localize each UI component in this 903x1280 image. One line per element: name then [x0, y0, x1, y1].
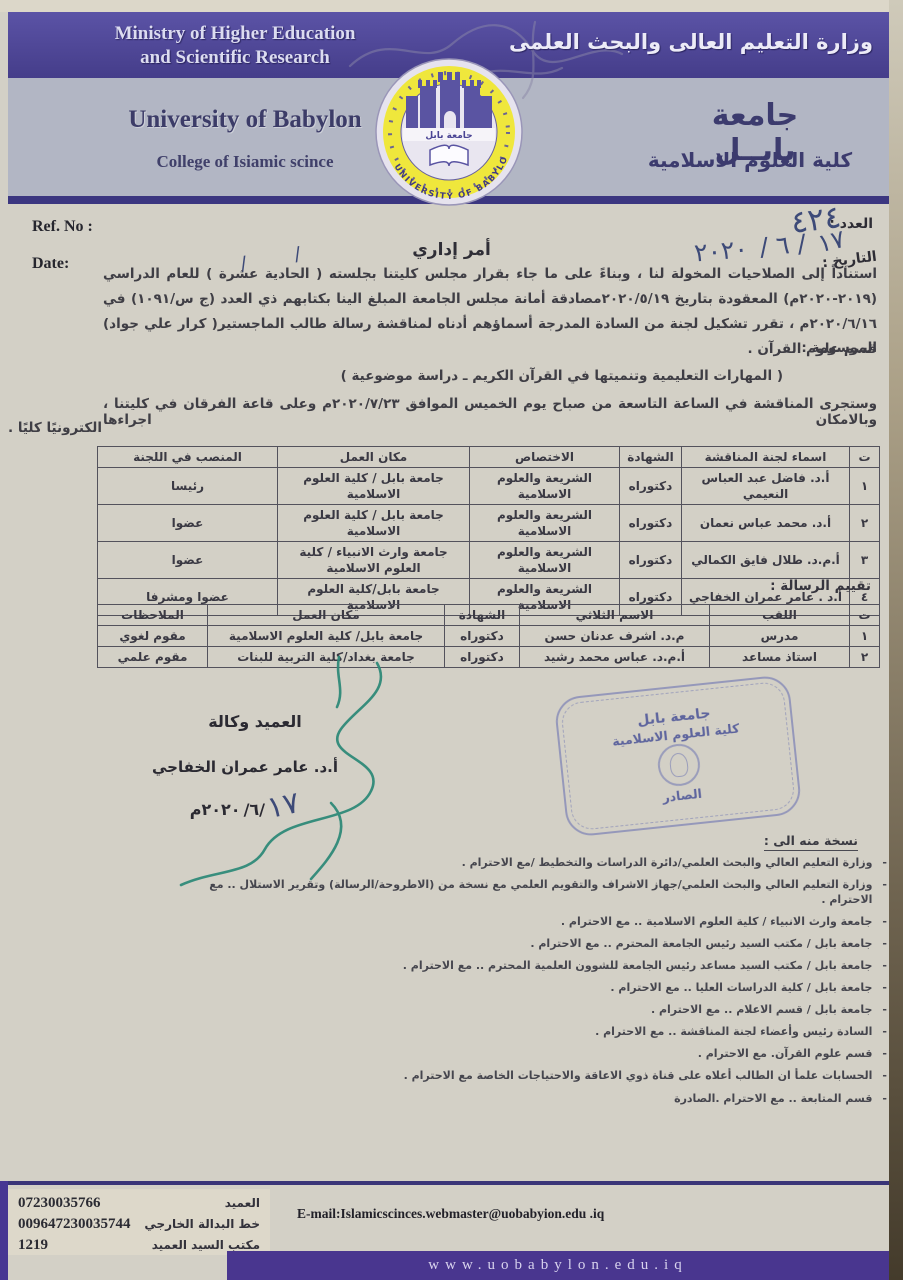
- dash-bullet: -: [882, 878, 887, 907]
- thesis-intro-label: الموسومة :: [801, 340, 877, 356]
- list-item-text: وزارة التعليم العالي والبحث العلمي/دائرة…: [462, 856, 873, 871]
- table-cell: الشريعة والعلوم الاسلامية: [470, 505, 620, 542]
- phone-number: 07230035766: [18, 1193, 131, 1214]
- phone-label: العميد: [144, 1193, 260, 1214]
- table-cell: ٣: [850, 542, 880, 579]
- table-cell: جامعة بابل / كلية العلوم الاسلامية: [278, 468, 470, 505]
- copies-section-label: نسخة منه الى :: [764, 833, 858, 851]
- table-header-cell: الشهادة: [620, 447, 682, 468]
- seal-center-text: جامعة بابل: [425, 131, 472, 141]
- list-item-text: جامعة بابل / كلية الدراسات العليا .. مع …: [610, 981, 872, 996]
- list-item: -جامعة وارث الانبياء / كلية العلوم الاسل…: [167, 915, 887, 930]
- ministry-name-arabic: وزارة التعليم العالى والبحث العلمى: [509, 30, 873, 54]
- table-cell: دكتوراه: [620, 505, 682, 542]
- table-cell: عضوا: [98, 505, 278, 542]
- list-item-text: الحسابات علمأ ان الطالب أعلاه على قناة ذ…: [404, 1069, 873, 1084]
- table-cell: ٢: [850, 505, 880, 542]
- table-header-cell: المنصب في اللجنة: [98, 447, 278, 468]
- table-cell: دكتوراه: [445, 647, 520, 668]
- list-item-text: السادة رئيس وأعضاء لجنة المناقشة .. مع ا…: [595, 1025, 872, 1040]
- table-header-row: ت اسماء لجنة المناقشة الشهادة الاختصاص م…: [98, 447, 880, 468]
- table-cell: جامعة وارث الانبياء / كلية العلوم الاسلا…: [278, 542, 470, 579]
- list-item: -قسم المتابعة .. مع الاحترام .الصادرة: [167, 1092, 887, 1107]
- list-item-text: قسم المتابعة .. مع الاحترام .الصادرة: [674, 1092, 872, 1107]
- university-name-english: University of Babylon: [85, 106, 405, 134]
- phone-label: خط البدالة الخارجي: [144, 1214, 260, 1235]
- phone-labels: العميد خط البدالة الخارجي مكتب السيد الع…: [144, 1193, 260, 1251]
- list-item-text: وزارة التعليم العالي والبحث العلمي/جهاز …: [167, 878, 872, 907]
- phone-numbers: 07230035766 009647230035744 1219: [18, 1193, 131, 1251]
- list-item-text: قسم علوم القرآن. مع الاحترام .: [698, 1047, 873, 1062]
- list-item-text: جامعة بابل / قسم الاعلام .. مع الاحترام …: [651, 1003, 872, 1018]
- committee-table: ت اسماء لجنة المناقشة الشهادة الاختصاص م…: [97, 446, 880, 616]
- table-row: ٣ أ.م.د. طلال فايق الكمالي دكتوراه الشري…: [98, 542, 880, 579]
- table-header-cell: ت: [850, 605, 880, 626]
- table-cell: جامعة بابل / كلية العلوم الاسلامية: [278, 505, 470, 542]
- body-paragraph-2-line1: وستجرى المناقشة في الساعة التاسعة من صبا…: [103, 396, 877, 428]
- table-cell: الشريعة والعلوم الاسلامية: [470, 542, 620, 579]
- table-header-cell: اسماء لجنة المناقشة: [682, 447, 850, 468]
- phone-number: 1219: [18, 1235, 131, 1256]
- stamp-emblem-icon: [656, 742, 702, 788]
- table-row: ١ أ.د. فاضل عبد العباس النعيمي دكتوراه ا…: [98, 468, 880, 505]
- evaluation-section-label: تقييم الرسالة :: [770, 578, 871, 594]
- body-paragraph-2-line2: الكترونيًا كليًا .: [8, 420, 102, 436]
- list-item: -جامعة بابل / مكتب السيد رئيس الجامعة ال…: [167, 937, 887, 952]
- website-band: www.uobabylon.edu.iq: [227, 1251, 889, 1280]
- photo-right-edge: [889, 0, 903, 1280]
- table-header-row: ت اللقب الاسم الثلاثي الشهادة مكان العمل…: [98, 605, 880, 626]
- table-cell: ١: [850, 626, 880, 647]
- table-cell: دكتوراه: [445, 626, 520, 647]
- footer-divider: [0, 1181, 889, 1185]
- table-cell: أ.د. محمد عباس نعمان: [682, 505, 850, 542]
- dash-bullet: -: [882, 1069, 887, 1084]
- dash-bullet: -: [882, 915, 887, 930]
- phone-number: 009647230035744: [18, 1214, 131, 1235]
- dash-bullet: -: [882, 1047, 887, 1062]
- thesis-title: ( المهارات التعليمية وتنميتها في القرآن …: [341, 368, 783, 384]
- document-title: أمر إداري: [0, 240, 903, 260]
- table-cell: م.د. اشرف عدنان حسن: [520, 626, 710, 647]
- phone-contact-box: 07230035766 009647230035744 1219 العميد …: [8, 1189, 270, 1255]
- stamp-college-text: كلية العلوم الاسلامية: [611, 720, 740, 748]
- table-header-cell: الملاحظات: [98, 605, 208, 626]
- list-item: -جامعة بابل / كلية الدراسات العليا .. مع…: [167, 981, 887, 996]
- email-address: E-mail:Islamicscinces.webmaster@uobabyio…: [297, 1206, 604, 1222]
- table-cell: جامعة بابل/ كلية العلوم الاسلامية: [208, 626, 445, 647]
- table-cell: استاذ مساعد: [710, 647, 850, 668]
- ministry-name-english: Ministry of Higher Education and Scienti…: [60, 22, 410, 70]
- dash-bullet: -: [882, 937, 887, 952]
- body-paragraph-1: استناداً إلى الصلاحيات المخولة لنا ، وبن…: [103, 262, 877, 362]
- table-cell: مدرس: [710, 626, 850, 647]
- table-cell: أ.م.د. طلال فايق الكمالي: [682, 542, 850, 579]
- list-item: -وزارة التعليم العالي والبحث العلمي/جهاز…: [167, 878, 887, 907]
- list-item: -جامعة بابل / قسم الاعلام .. مع الاحترام…: [167, 1003, 887, 1018]
- table-cell: ١: [850, 468, 880, 505]
- ref-no-label: Ref. No :: [32, 218, 93, 236]
- dash-bullet: -: [882, 1092, 887, 1107]
- table-header-cell: مكان العمل: [278, 447, 470, 468]
- table-header-cell: اللقب: [710, 605, 850, 626]
- stamp-outgoing-text: الصادر: [662, 786, 703, 805]
- table-row: ١ مدرس م.د. اشرف عدنان حسن دكتوراه جامعة…: [98, 626, 880, 647]
- list-item: -الحسابات علمأ ان الطالب أعلاه على قناة …: [167, 1069, 887, 1084]
- table-cell: رئيسا: [98, 468, 278, 505]
- table-header-cell: مكان العمل: [208, 605, 445, 626]
- outgoing-mail-stamp: جامعة بابل كلية العلوم الاسلامية الصادر: [553, 674, 802, 838]
- copies-list: -وزارة التعليم العالي والبحث العلمي/دائر…: [167, 856, 887, 1114]
- table-cell: أ.م.د. عباس محمد رشيد: [520, 647, 710, 668]
- college-name-english: College of Isiamic scince: [110, 152, 380, 172]
- table-header-cell: الشهادة: [445, 605, 520, 626]
- list-item-text: جامعة وارث الانبياء / كلية العلوم الاسلا…: [561, 915, 873, 930]
- table-header-cell: الاختصاص: [470, 447, 620, 468]
- table-cell: دكتوراه: [620, 542, 682, 579]
- table-cell: الشريعة والعلوم الاسلامية: [470, 468, 620, 505]
- table-header-cell: الاسم الثلاثي: [520, 605, 710, 626]
- table-cell: مقوم لغوي: [98, 626, 208, 647]
- scanned-letter: Ministry of Higher Education and Scienti…: [0, 0, 903, 1280]
- dash-bullet: -: [882, 1003, 887, 1018]
- dash-bullet: -: [882, 959, 887, 974]
- table-row: ٢ أ.د. محمد عباس نعمان دكتوراه الشريعة و…: [98, 505, 880, 542]
- footer-left-stripe: [0, 1181, 8, 1280]
- list-item: -السادة رئيس وأعضاء لجنة المناقشة .. مع …: [167, 1025, 887, 1040]
- stamp-university-text: جامعة بابل: [637, 705, 712, 729]
- dash-bullet: -: [882, 981, 887, 996]
- table-cell: أ.د. فاضل عبد العباس النعيمي: [682, 468, 850, 505]
- list-item-text: جامعة بابل / مكتب السيد رئيس الجامعة الم…: [530, 937, 872, 952]
- list-item: -وزارة التعليم العالي والبحث العلمي/دائر…: [167, 856, 887, 871]
- list-item: -قسم علوم القرآن. مع الاحترام .: [167, 1047, 887, 1062]
- list-item-text: جامعة بابل / مكتب السيد مساعد رئيس الجام…: [403, 959, 873, 974]
- table-header-cell: ت: [850, 447, 880, 468]
- table-cell: دكتوراه: [620, 468, 682, 505]
- dash-bullet: -: [882, 1025, 887, 1040]
- table-cell: عضوا: [98, 542, 278, 579]
- table-cell: ٢: [850, 647, 880, 668]
- list-item: -جامعة بابل / مكتب السيد مساعد رئيس الجا…: [167, 959, 887, 974]
- dash-bullet: -: [882, 856, 887, 871]
- college-name-arabic: كلية العلوم الاسلامية: [645, 148, 855, 172]
- university-seal-icon: جامعة بابل UNIVERSITY OF BABYLON: [370, 54, 528, 218]
